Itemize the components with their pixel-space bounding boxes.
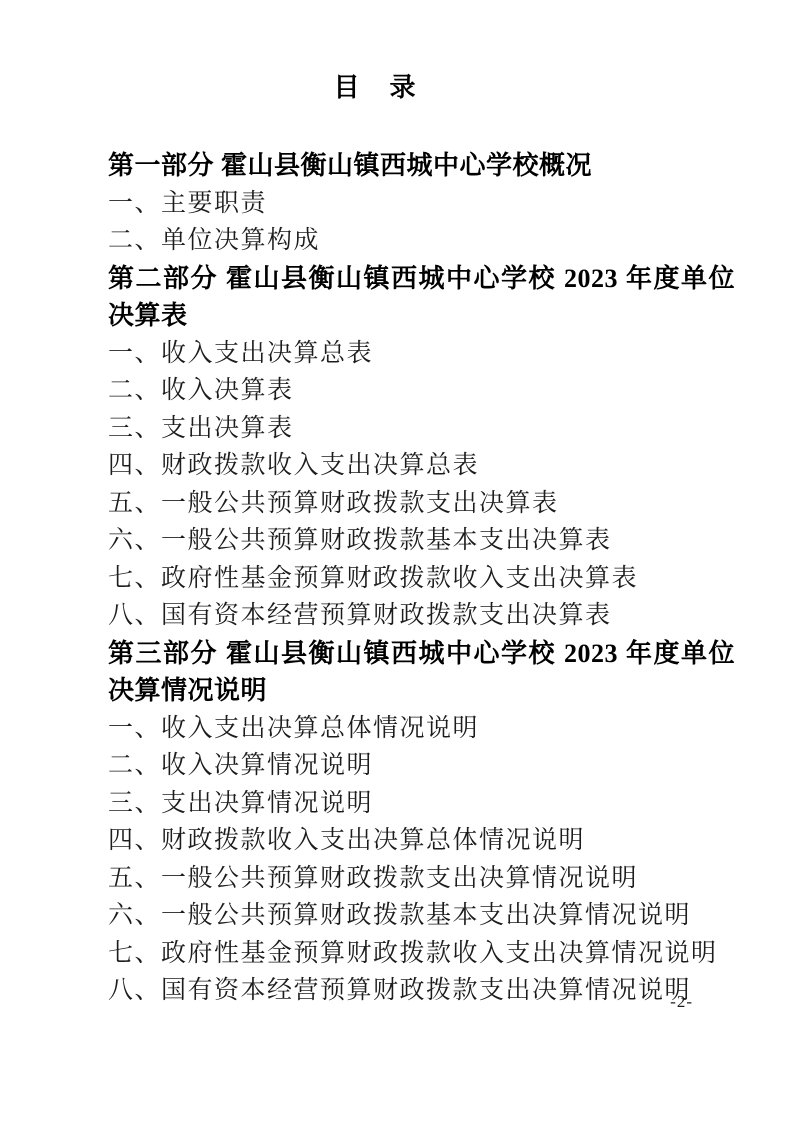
toc-item: 五、一般公共预算财政拨款支出决算表 — [108, 485, 735, 523]
toc-item: 一、收入支出决算总体情况说明 — [108, 710, 735, 748]
toc-section-3: 第三部分 霍山县衡山镇西城中心学校 2023 年度单位决算情况说明 一、收入支出… — [108, 635, 735, 1010]
section-heading: 第三部分 霍山县衡山镇西城中心学校 2023 年度单位决算情况说明 — [108, 635, 735, 710]
toc-item: 三、支出决算情况说明 — [108, 785, 735, 823]
section-heading: 第一部分 霍山县衡山镇西城中心学校概况 — [108, 147, 735, 185]
toc-item: 七、政府性基金预算财政拨款收入支出决算情况说明 — [108, 935, 735, 973]
toc-item: 八、国有资本经营预算财政拨款支出决算表 — [108, 597, 735, 635]
toc-item: 七、政府性基金预算财政拨款收入支出决算表 — [108, 560, 735, 598]
toc-item: 一、收入支出决算总表 — [108, 335, 735, 373]
toc-item: 八、国有资本经营预算财政拨款支出决算情况说明 — [108, 972, 735, 1010]
toc-item: 一、主要职责 — [108, 185, 735, 223]
toc-item: 四、财政拨款收入支出决算总表 — [108, 447, 735, 485]
toc-item: 二、收入决算表 — [108, 372, 735, 410]
toc-item: 三、支出决算表 — [108, 410, 735, 448]
toc-item: 六、一般公共预算财政拨款基本支出决算表 — [108, 522, 735, 560]
toc-item: 二、单位决算构成 — [108, 222, 735, 260]
toc-item: 四、财政拨款收入支出决算总体情况说明 — [108, 822, 735, 860]
toc-section-1: 第一部分 霍山县衡山镇西城中心学校概况 一、主要职责 二、单位决算构成 — [108, 147, 735, 260]
toc-section-2: 第二部分 霍山县衡山镇西城中心学校 2023 年度单位决算表 一、收入支出决算总… — [108, 260, 735, 635]
section-heading: 第二部分 霍山县衡山镇西城中心学校 2023 年度单位决算表 — [108, 260, 735, 335]
page-title: 目 录 — [0, 70, 793, 106]
table-of-contents: 第一部分 霍山县衡山镇西城中心学校概况 一、主要职责 二、单位决算构成 第二部分… — [0, 147, 793, 1010]
toc-item: 五、一般公共预算财政拨款支出决算情况说明 — [108, 860, 735, 898]
toc-item: 六、一般公共预算财政拨款基本支出决算情况说明 — [108, 897, 735, 935]
toc-item: 二、收入决算情况说明 — [108, 747, 735, 785]
page-number: -2- — [670, 992, 693, 1012]
